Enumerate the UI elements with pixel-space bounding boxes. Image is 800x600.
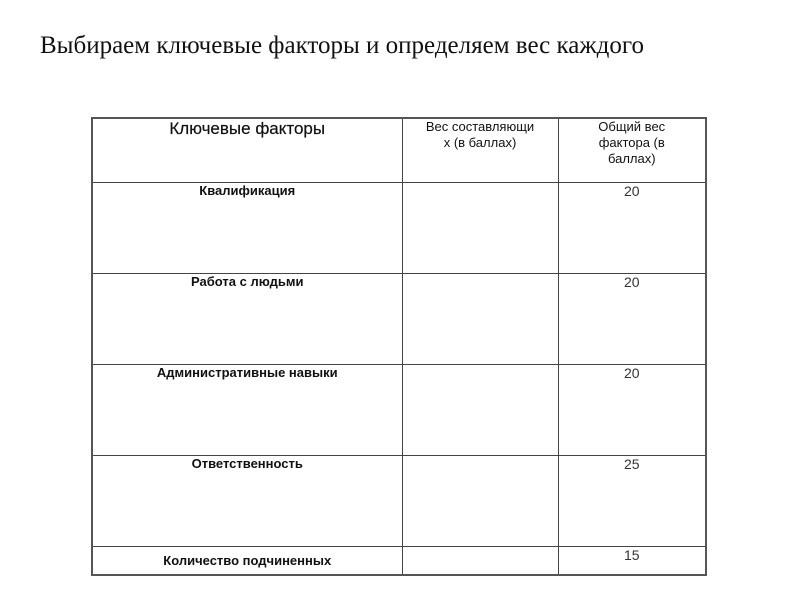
header-total-weight: Общий вес фактора (в баллах) — [558, 118, 706, 182]
factor-name: Ответственность — [92, 455, 402, 546]
table-row: Квалификация 20 — [92, 182, 706, 273]
table-row: Административные навыки 20 — [92, 364, 706, 455]
header-component-weight-text: Вес составляющих (в баллах) — [424, 119, 536, 151]
factors-table: Ключевые факторы Вес составляющих (в бал… — [91, 117, 707, 576]
table-row: Ответственность 25 — [92, 455, 706, 546]
factor-name: Квалификация — [92, 182, 402, 273]
total-weight-cell: 15 — [558, 546, 706, 575]
table-header-row: Ключевые факторы Вес составляющих (в бал… — [92, 118, 706, 182]
header-component-weight: Вес составляющих (в баллах) — [402, 118, 558, 182]
factor-name: Административные навыки — [92, 364, 402, 455]
component-weight-cell — [402, 273, 558, 364]
header-factor: Ключевые факторы — [92, 118, 402, 182]
component-weight-cell — [402, 455, 558, 546]
total-weight-cell: 20 — [558, 273, 706, 364]
header-total-weight-text: Общий вес фактора (в баллах) — [584, 119, 680, 167]
component-weight-cell — [402, 364, 558, 455]
component-weight-cell — [402, 546, 558, 575]
table-row: Количество подчиненных 15 — [92, 546, 706, 575]
total-weight-cell: 20 — [558, 364, 706, 455]
factor-name: Работа с людьми — [92, 273, 402, 364]
factor-name: Количество подчиненных — [92, 546, 402, 575]
table-row: Работа с людьми 20 — [92, 273, 706, 364]
slide-title: Выбираем ключевые факторы и определяем в… — [40, 30, 660, 61]
total-weight-cell: 20 — [558, 182, 706, 273]
total-weight-cell: 25 — [558, 455, 706, 546]
component-weight-cell — [402, 182, 558, 273]
